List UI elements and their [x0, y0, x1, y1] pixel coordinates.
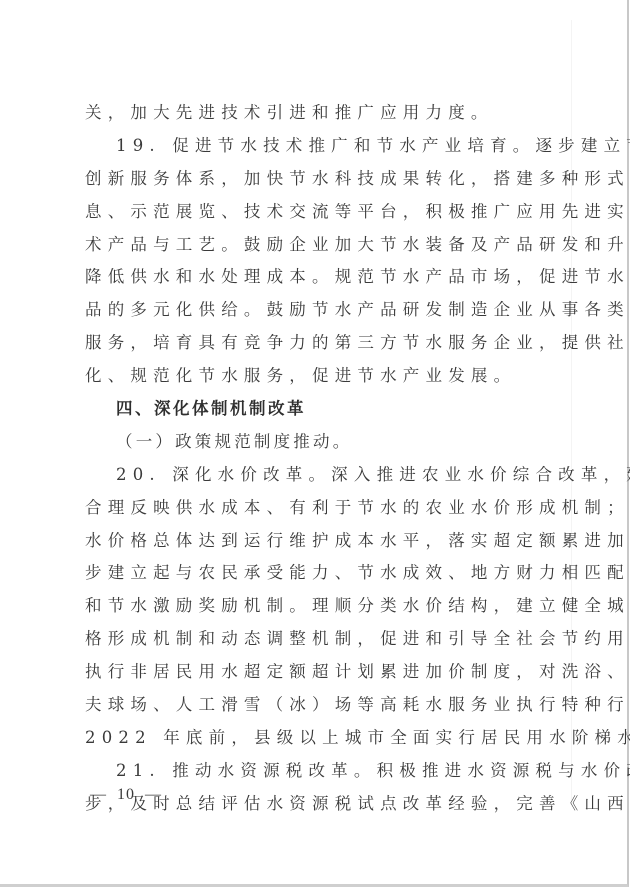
text-line: 服务，培育具有竞争力的第三方节水服务企业，提供社会化、专业 — [85, 330, 555, 363]
subsection-heading: （一）政策规范制度推动。 — [85, 429, 555, 462]
text-line: 夫球场、人工滑雪（冰）场等高耗水服务业执行特种行业水价。 — [85, 692, 555, 725]
text-line: 化、规范化节水服务，促进节水产业发展。 — [85, 363, 555, 396]
document-body: 关，加大先进技术引进和推广应用力度。 19. 促进节水技术推广和节水产业培育。逐… — [85, 100, 555, 824]
clause-19-start: 19. 促进节水技术推广和节水产业培育。逐步建立节水技术 — [85, 133, 555, 166]
text-line: 水价格总体达到运行维护成本水平，落实超定额累进加价制度，逐 — [85, 528, 555, 561]
clause-20-start: 20. 深化水价改革。深入推进农业水价综合改革，建立健全 — [85, 462, 555, 495]
text-line: 和节水激励奖励机制。理顺分类水价结构，建立健全城镇供水价 — [85, 593, 555, 626]
text-line: 关，加大先进技术引进和推广应用力度。 — [85, 100, 555, 133]
page-number: — 10 — — [90, 786, 162, 804]
text-line: 创新服务体系，加快节水科技成果转化，搭建多种形式的科技信 — [85, 166, 555, 199]
text-line: 执行非居民用水超定额超计划累进加价制度，对洗浴、洗车、高尔 — [85, 659, 555, 692]
text-line: 降低供水和水处理成本。规范节水产品市场，促进节水装备与产 — [85, 264, 555, 297]
text-line: 步建立起与农民承受能力、节水成效、地方财力相匹配的精准补贴 — [85, 560, 555, 593]
text-line: 合理反映供水成本、有利于节水的农业水价形成机制；全省农业用 — [85, 495, 555, 528]
text-line: 术产品与工艺。鼓励企业加大节水装备及产品研发和升级改造， — [85, 232, 555, 265]
text-line: 2022 年底前，县级以上城市全面实行居民用水阶梯水价制度。 — [85, 725, 555, 758]
section-heading: 四、深化体制机制改革 — [85, 396, 555, 429]
text-line: 格形成机制和动态调整机制，促进和引导全社会节约用水。严格 — [85, 626, 555, 659]
text-line: 息、示范展览、技术交流等平台，积极推广应用先进实用的节水技 — [85, 199, 555, 232]
text-line: 品的多元化供给。鼓励节水产品研发制造企业从事各类节水技术 — [85, 297, 555, 330]
document-page: 关，加大先进技术引进和推广应用力度。 19. 促进节水技术推广和节水产业培育。逐… — [0, 0, 629, 887]
